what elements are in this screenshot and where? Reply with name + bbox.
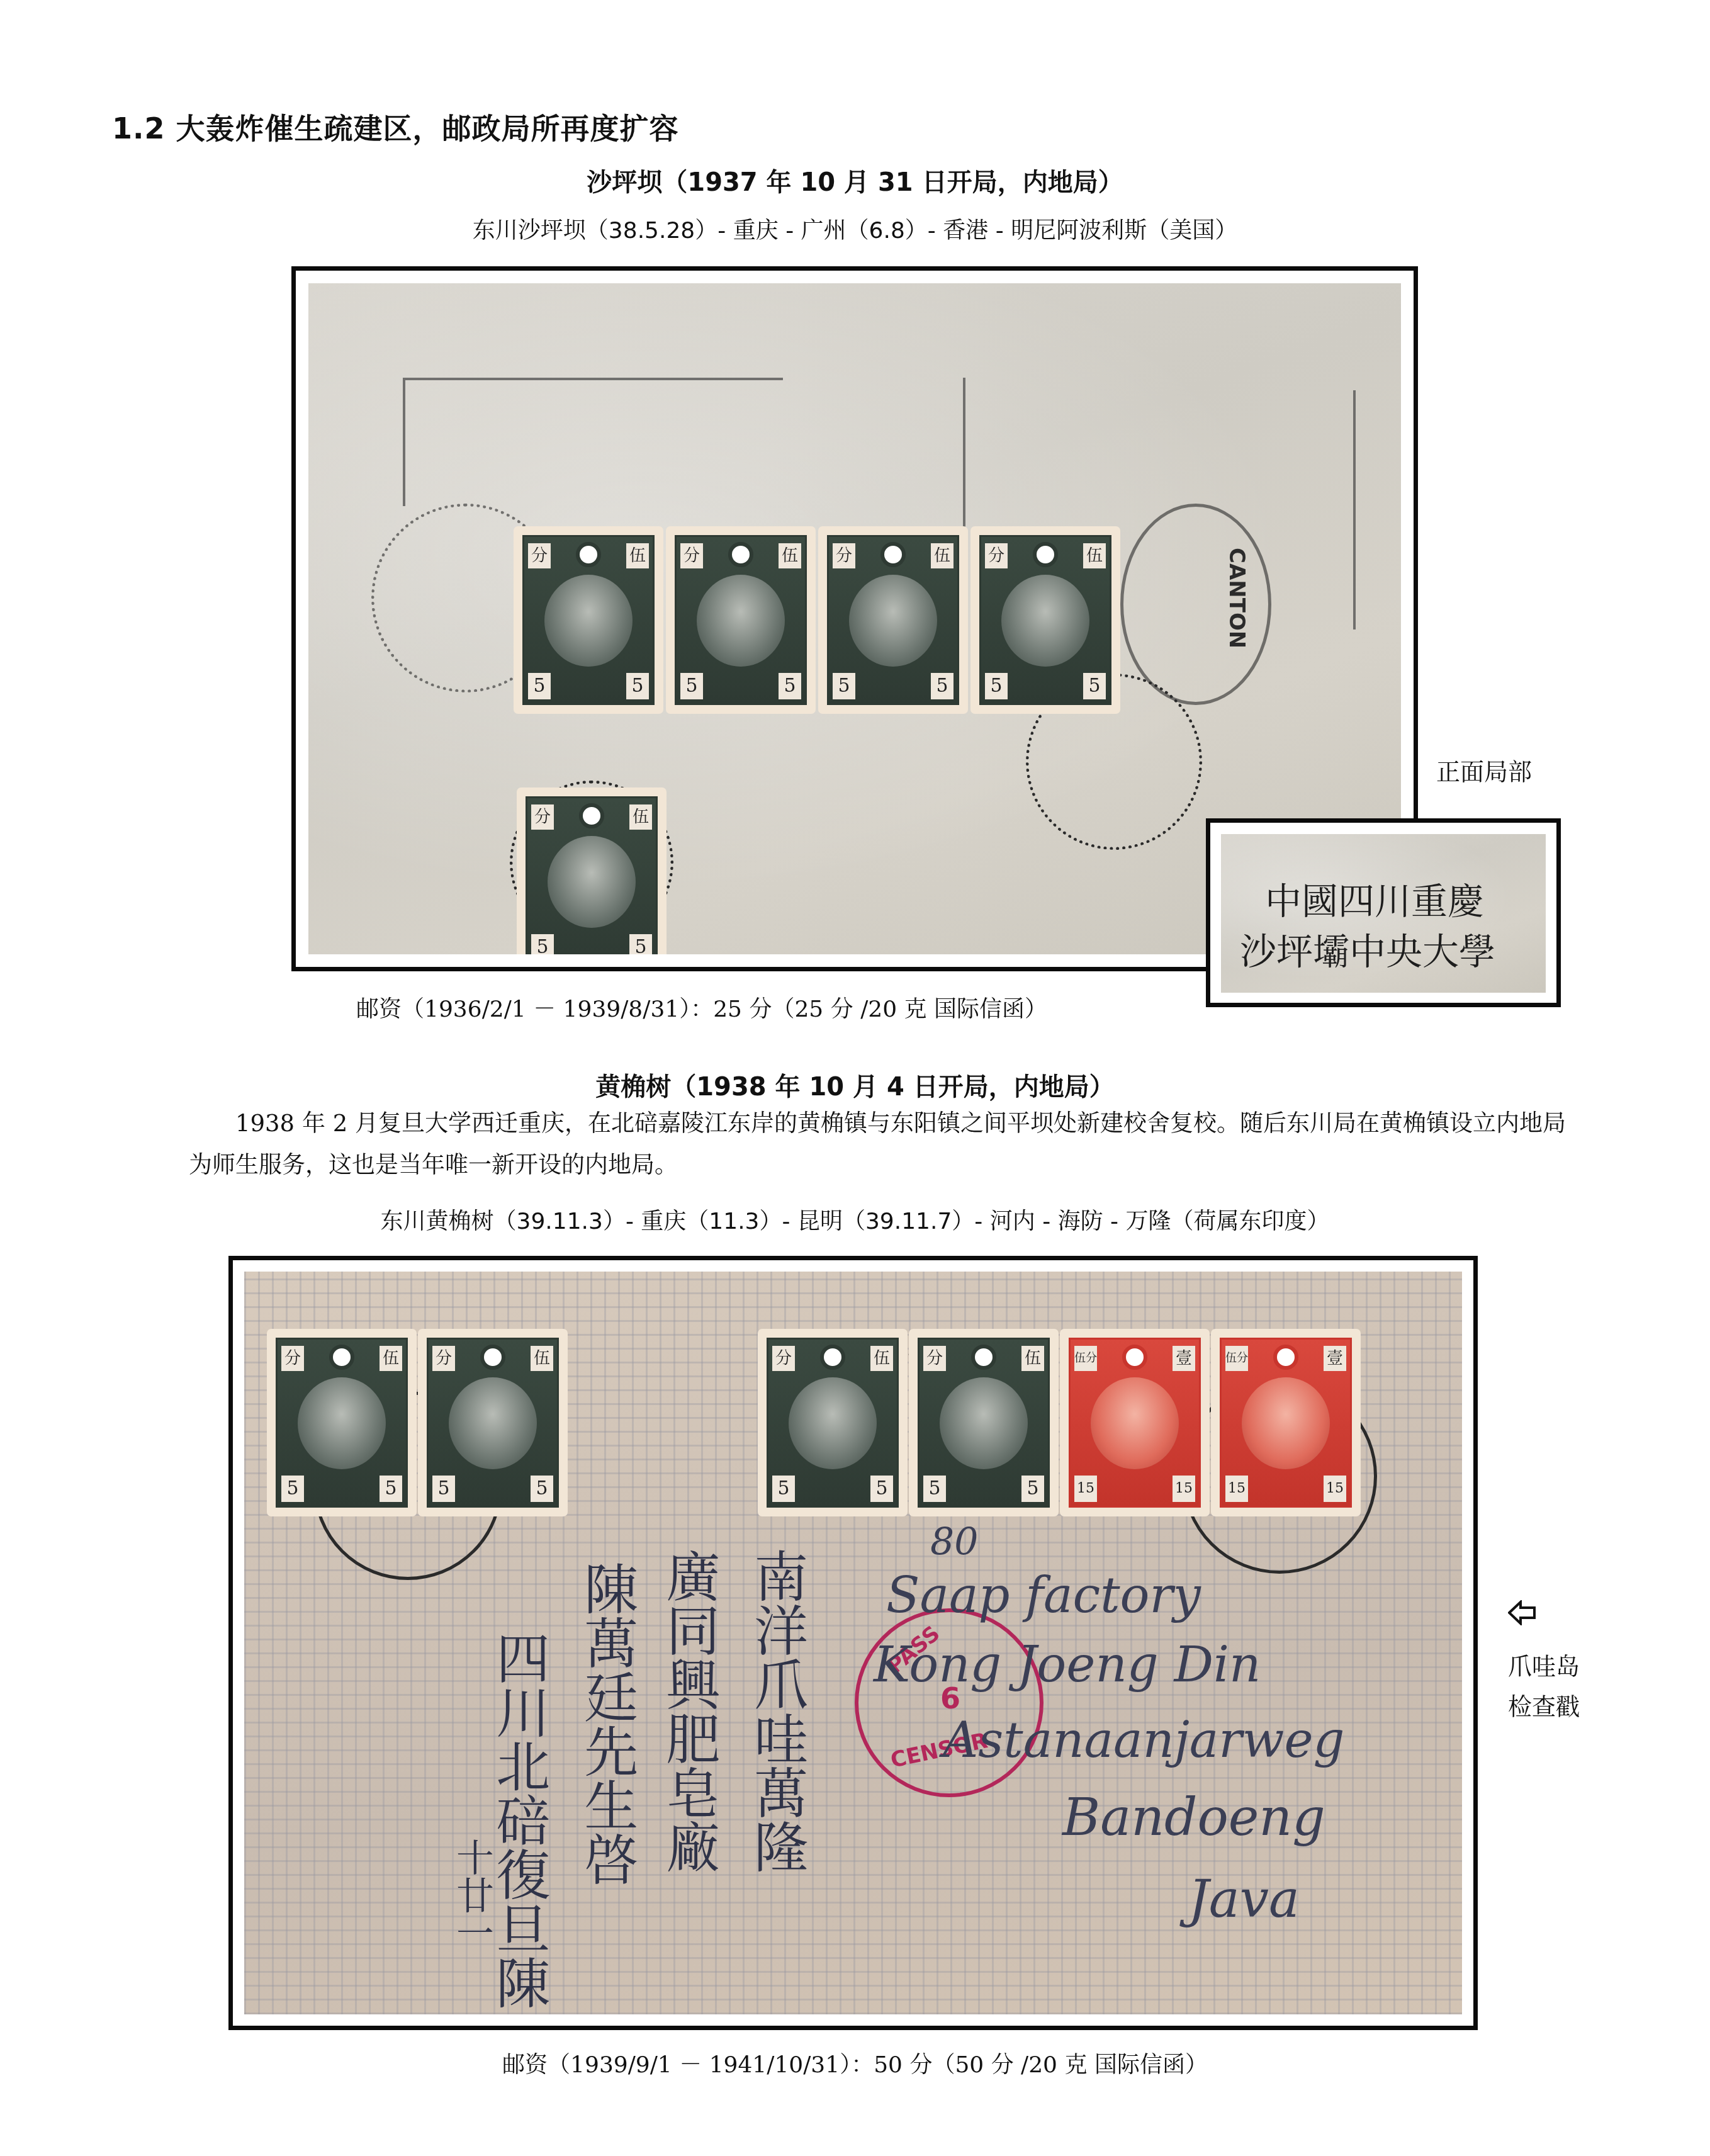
stamp: 分伍55 bbox=[516, 529, 661, 711]
office1-heading: 沙坪坝（1937 年 10 月 31 日开局，内地局） bbox=[0, 162, 1710, 198]
stamp: 分伍55 bbox=[821, 529, 965, 711]
office1-postage-caption: 邮资（1936/2/1 － 1939/8/31）：25 分（25 分 /20 克… bbox=[0, 991, 1403, 1024]
inset-handwriting-line: 中國四川重慶 bbox=[1265, 872, 1484, 925]
address-line: Astanaanjarweg bbox=[943, 1712, 1345, 1769]
office2-route: 东川黄桷树（39.11.3）- 重庆（11.3）- 昆明（39.11.7）- 河… bbox=[0, 1204, 1710, 1236]
side-note-line: 爪哇岛 bbox=[1508, 1646, 1580, 1686]
office1-route: 东川沙坪坝（38.5.28）- 重庆 - 广州（6.8）- 香港 - 明尼阿波利… bbox=[0, 213, 1710, 245]
stamp: 分伍55 bbox=[420, 1331, 565, 1514]
date-note: 十廿一 bbox=[452, 1838, 492, 1951]
stamp: 分伍55 bbox=[760, 1331, 905, 1514]
chinese-address-column: 廣同興肥皂廠 bbox=[660, 1549, 716, 1873]
stamp: 分伍55 bbox=[911, 1331, 1056, 1514]
chinese-address-column: 南洋爪哇萬隆 bbox=[748, 1549, 804, 1873]
inset-handwriting-line: 沙坪壩中央大學 bbox=[1240, 922, 1495, 975]
address-line: Kong Joeng Din bbox=[874, 1637, 1261, 1693]
address-line: Saap factory bbox=[886, 1567, 1201, 1624]
stamp: 分伍55 bbox=[668, 529, 813, 711]
chinese-address-column: 四川北碚復旦陳 bbox=[490, 1630, 546, 2009]
boxed-cancel bbox=[403, 378, 783, 506]
side-note: 爪哇岛 检查戳 bbox=[1508, 1646, 1580, 1727]
left-arrow-icon bbox=[1508, 1600, 1536, 1628]
office2-heading: 黄桷树（1938 年 10 月 4 日开局，内地局） bbox=[0, 1067, 1710, 1103]
number-note: 80 bbox=[930, 1520, 978, 1564]
postmark-text: CANTON bbox=[1224, 548, 1249, 648]
stamp: 伍分壹1515 bbox=[1062, 1331, 1207, 1514]
stamp: 分伍55 bbox=[973, 529, 1118, 711]
chinese-address-column: 陳萬廷先生啓 bbox=[578, 1561, 634, 1886]
office2-paragraph: 1938 年 2 月复旦大学西迁重庆，在北碚嘉陵江东岸的黄桷镇与东阳镇之间平坝处… bbox=[189, 1103, 1573, 1186]
side-note-line: 检查戳 bbox=[1508, 1686, 1580, 1727]
inset-label: 正面局部 bbox=[1436, 752, 1532, 787]
address-line: Bandoeng bbox=[1062, 1788, 1325, 1848]
inset-image: 中國四川重慶 沙坪壩中央大學 bbox=[1221, 834, 1546, 993]
stamp: 分伍55 bbox=[269, 1331, 414, 1514]
stamp: 伍分壹1515 bbox=[1213, 1331, 1358, 1514]
section-title: 1.2 大轰炸催生疏建区，邮政局所再度扩容 bbox=[112, 106, 679, 147]
address-line: Java bbox=[1188, 1870, 1300, 1929]
stamp: 分伍55 bbox=[519, 790, 664, 954]
cancel-line bbox=[1353, 390, 1356, 629]
cover2-image: 分伍55 分伍55 分伍55 分伍55 伍分壹1515 伍分壹1515 PASS… bbox=[244, 1272, 1462, 2014]
office2-postage-caption: 邮资（1939/9/1 － 1941/10/31）：50 分（50 分 /20 … bbox=[0, 2047, 1710, 2079]
